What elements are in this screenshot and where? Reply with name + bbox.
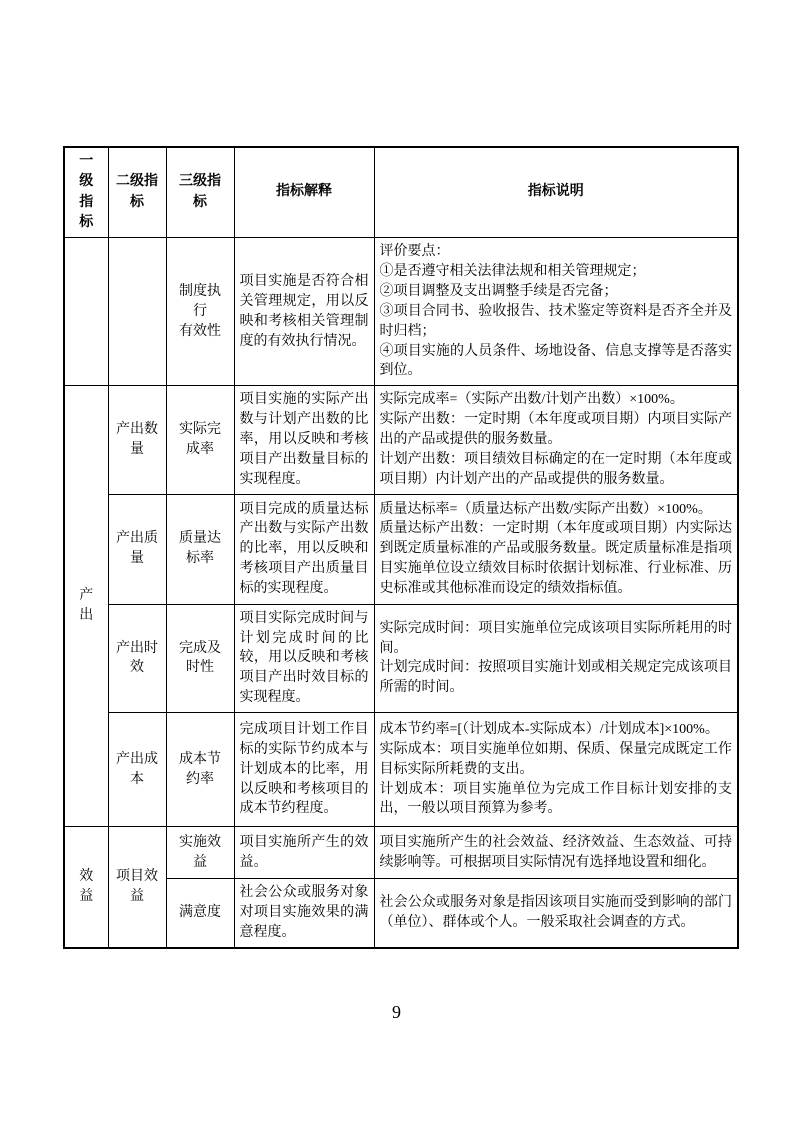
level2-cell: 产出质 量	[108, 494, 166, 604]
level3-cell: 质量达 标率	[166, 494, 234, 604]
description-cell: 实际完成时间：项目实施单位完成该项目实际所耗用的时间。 计划完成时间：按照项目实…	[374, 604, 738, 712]
header-description: 指标说明	[374, 147, 738, 238]
description-cell: 成本节约率=[（计划成本-实际成本）/计划成本]×100%。 实际成本：项目实施…	[374, 713, 738, 827]
level2-cell: 产出成 本	[108, 713, 166, 827]
table-row-benefit-satisfaction: 满意度 社会公众或服务对象对项目实施效果的满意程度。 社会公众或服务对象是指因该…	[64, 879, 738, 948]
level3-cell: 成本节 约率	[166, 713, 234, 827]
page-number: 9	[0, 1002, 793, 1023]
level2-cell: 产出时 效	[108, 604, 166, 712]
description-cell: 评价要点： ①是否遵守相关法律法规和相关管理规定； ②项目调整及支出调整手续是否…	[374, 238, 738, 386]
level3-cell: 完成及 时性	[166, 604, 234, 712]
explain-cell: 完成项目计划工作目标的实际节约成本与计划成本的比率，用以反映和考核项目的成本节约…	[234, 713, 374, 827]
level2-cell-blank	[108, 238, 166, 386]
description-cell: 实际完成率=（实际产出数/计划产出数）×100%。 实际产出数：一定时期（本年度…	[374, 386, 738, 494]
explain-cell: 项目实施的实际产出数与计划产出数的比率，用以反映和考核项目产出数量目标的实现程度…	[234, 386, 374, 494]
table-row-output-quantity: 产 出 产出数 量 实际完 成率 项目实施的实际产出数与计划产出数的比率，用以反…	[64, 386, 738, 494]
header-explain: 指标解释	[234, 147, 374, 238]
indicator-table: 一 级 指 标 二级指 标 三级指 标 指标解释 指标说明 制度执 行 有效性 …	[63, 146, 739, 949]
level2-cell: 项目效 益	[108, 827, 166, 948]
description-cell: 质量达标率=（质量达标产出数/实际产出数）×100%。 质量达标产出数：一定时期…	[374, 494, 738, 604]
table-row-institution: 制度执 行 有效性 项目实施是否符合相关管理规定，用以反映和考核相关管理制度的有…	[64, 238, 738, 386]
header-level3: 三级指 标	[166, 147, 234, 238]
table-header-row: 一 级 指 标 二级指 标 三级指 标 指标解释 指标说明	[64, 147, 738, 238]
level2-cell: 产出数 量	[108, 386, 166, 494]
table-row-benefit-implementation: 效 益 项目效 益 实施效 益 项目实施所产生的效益。 项目实施所产生的社会效益…	[64, 827, 738, 879]
level3-cell: 实施效 益	[166, 827, 234, 879]
level1-cell-benefit: 效 益	[64, 827, 108, 948]
explain-cell: 项目实际完成时间与计划完成时间的比较，用以反映和考核项目产出时效目标的实现程度。	[234, 604, 374, 712]
document-page: 一 级 指 标 二级指 标 三级指 标 指标解释 指标说明 制度执 行 有效性 …	[0, 0, 793, 1122]
table-row-output-quality: 产出质 量 质量达 标率 项目完成的质量达标产出数与实际产出数的比率，用以反映和…	[64, 494, 738, 604]
level3-cell: 制度执 行 有效性	[166, 238, 234, 386]
header-level2: 二级指 标	[108, 147, 166, 238]
explain-cell: 项目实施所产生的效益。	[234, 827, 374, 879]
level3-cell: 实际完 成率	[166, 386, 234, 494]
level1-cell-output: 产 出	[64, 386, 108, 827]
level1-cell-blank	[64, 238, 108, 386]
level3-cell: 满意度	[166, 879, 234, 948]
table-row-output-timeliness: 产出时 效 完成及 时性 项目实际完成时间与计划完成时间的比较，用以反映和考核项…	[64, 604, 738, 712]
description-cell: 项目实施所产生的社会效益、经济效益、生态效益、可持续影响等。可根据项目实际情况有…	[374, 827, 738, 879]
explain-cell: 项目完成的质量达标产出数与实际产出数的比率，用以反映和考核项目产出质量目标的实现…	[234, 494, 374, 604]
header-level1: 一 级 指 标	[64, 147, 108, 238]
table-row-output-cost: 产出成 本 成本节 约率 完成项目计划工作目标的实际节约成本与计划成本的比率，用…	[64, 713, 738, 827]
explain-cell: 社会公众或服务对象对项目实施效果的满意程度。	[234, 879, 374, 948]
explain-cell: 项目实施是否符合相关管理规定，用以反映和考核相关管理制度的有效执行情况。	[234, 238, 374, 386]
description-cell: 社会公众或服务对象是指因该项目实施而受到影响的部门（单位）、群体或个人。一般采取…	[374, 879, 738, 948]
